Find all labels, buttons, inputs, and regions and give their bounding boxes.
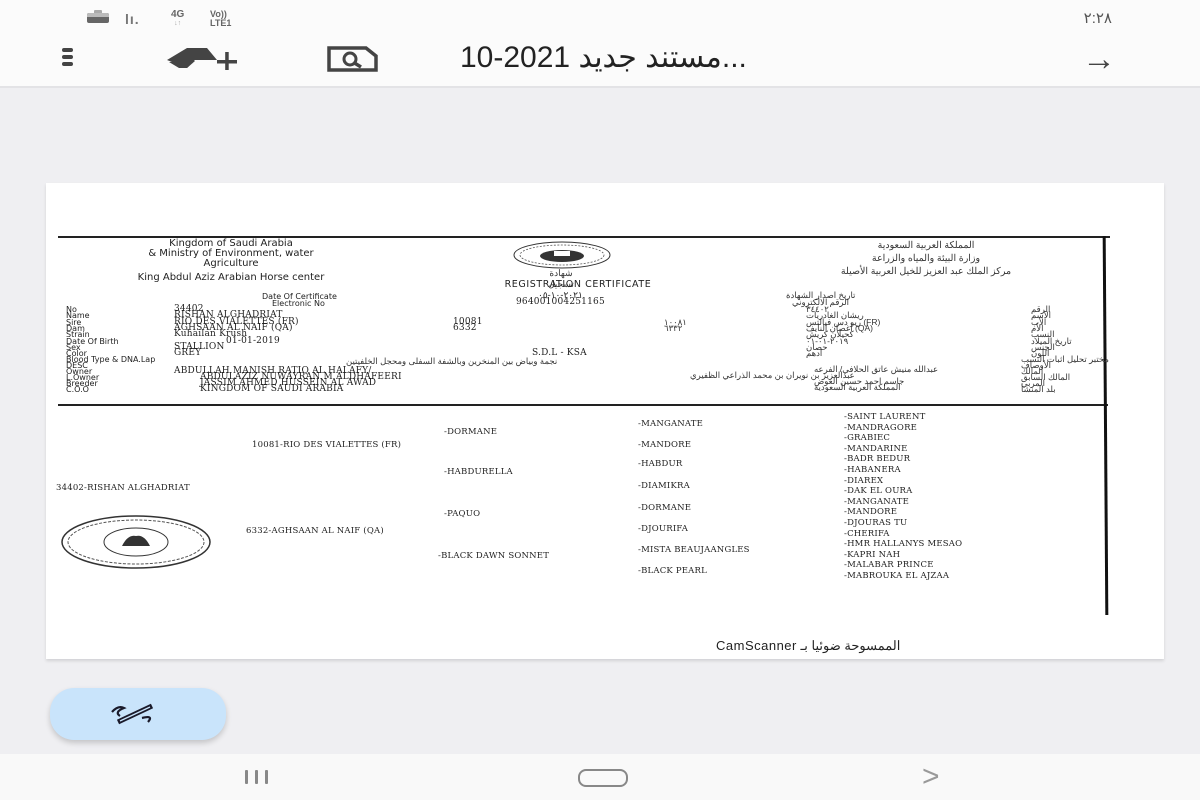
coo-label-ar: بلد المنشأ [1021, 385, 1056, 394]
data-activity-icon: ↓↑ [171, 19, 184, 28]
field-number-ar: ٦٣٣٢ [664, 324, 682, 333]
pedigree-gen3: -DORMANE [638, 503, 691, 513]
header-ar-line: وزارة البيئة والمياه والزراعة [766, 252, 1086, 265]
pedigree-gen4: -HMR HALLANYS MESAO [844, 539, 962, 549]
status-bar: lı. 4G ↓↑ Vo)) LTE1 ٢:٢٨ [0, 0, 1200, 32]
pedigree-gen4: -GRABIEC [844, 433, 890, 443]
status-time: ٢:٢٨ [1084, 9, 1112, 27]
recents-bar [255, 770, 258, 784]
header-english: Kingdom of Saudi Arabia & Ministry of En… [86, 239, 376, 283]
home-button[interactable] [578, 769, 628, 787]
field-number: 6332 [453, 324, 477, 333]
coo-label: C.O.O [66, 385, 89, 394]
pedigree-gen3: -DJOURIFA [638, 524, 688, 534]
more-options-button[interactable] [60, 48, 76, 72]
lte-label: LTE1 [210, 19, 231, 28]
more-dot [62, 55, 73, 59]
pedigree-subject: 34402-RISHAN ALGHADRIAT [56, 483, 190, 493]
field-value: 01-01-2019 [226, 337, 280, 346]
pedigree-gen2: -HABDURELLA [444, 467, 513, 477]
field-value-ar: ادهم [806, 349, 822, 358]
pedigree-gen4: -MANGANATE [844, 497, 909, 507]
pedigree-gen4: -BADR BEDUR [844, 454, 910, 464]
add-shape-button[interactable] [165, 46, 237, 75]
pedigree-gen4: -HABANERA [844, 465, 901, 475]
pedigree-gen4: -MALABAR PRINCE [844, 560, 934, 570]
coo-value: KINGDOM OF SAUDI ARABIA [200, 385, 343, 394]
electronic-no-value: 964001004251165 [516, 298, 605, 307]
sign-document-button[interactable] [50, 688, 226, 740]
pedigree-gen3: -BLACK PEARL [638, 566, 707, 576]
pedigree-gen4: -KAPRI NAH [844, 550, 900, 560]
add-shape-icon [165, 46, 237, 70]
pedigree-gen3: -MISTA BEAUJAANGLES [638, 545, 750, 555]
pedigree-gen4: -DAK EL OURA [844, 486, 913, 496]
header-ar-line: مركز الملك عبد العزيز للخيل العربية الأص… [766, 265, 1086, 278]
pedigree-gen4: -DIAREX [844, 476, 883, 486]
pedigree-dam: 6332-AGHSAAN AL NAIF (QA) [246, 526, 384, 536]
pedigree-gen3: -MANDORE [638, 440, 691, 450]
electronic-no-label: Electronic No [272, 299, 325, 308]
coo-value-ar: المملكة العربية السعودية [814, 383, 901, 392]
document-search-icon [326, 46, 378, 72]
field-value: GREY [174, 349, 201, 358]
pedigree-gen3: -DIAMIKRA [638, 481, 690, 491]
pedigree-gen4: -CHERIFA [844, 529, 890, 539]
more-dot [62, 62, 73, 66]
app-toolbar: مستند جديد 2021-10... → [0, 32, 1200, 88]
volte-indicator: Vo)) LTE1 [210, 10, 231, 28]
header-arabic: المملكة العربية السعودية وزارة البيئة وا… [766, 239, 1086, 278]
pedigree-gen4: -MANDRAGORE [844, 423, 917, 433]
back-button[interactable]: > [922, 762, 940, 792]
system-navigation-bar: > [0, 754, 1200, 800]
pedigree-gen2: -PAQUO [444, 509, 480, 519]
pedigree-gen4: -DJOURAS TU [844, 518, 907, 528]
right-border [1103, 236, 1109, 615]
pedigree-gen3: -HABDUR [638, 459, 682, 469]
pedigree-gen4: -MANDARINE [844, 444, 908, 454]
recents-bar [265, 770, 268, 784]
pedigree-gen2: -DORMANE [444, 427, 497, 437]
document-search-button[interactable] [326, 46, 378, 77]
middle-rule [58, 404, 1108, 406]
header-en-line: Agriculture [86, 259, 376, 269]
pedigree-gen4: -SAINT LAURENT [844, 412, 925, 422]
recents-button[interactable] [245, 770, 275, 789]
official-seal-icon [60, 514, 212, 575]
header-en-line: King Abdul Aziz Arabian Horse center [86, 273, 376, 283]
pedigree-gen4: -MABROUKA EL AJZAA [844, 571, 949, 581]
network-type-indicator: 4G ↓↑ [171, 10, 184, 28]
battery-icon [87, 13, 109, 23]
title-english: REGISTRATION CERTIFICATE [470, 279, 686, 290]
desc-value-ar: نجمة وبياض بين المنخرين وبالشفة السفلى و… [346, 357, 557, 366]
signal-strength-icon: lı. [125, 11, 140, 27]
document-title[interactable]: مستند جديد 2021-10... [460, 40, 1020, 75]
header-ar-line: المملكة العربية السعودية [766, 239, 1086, 252]
pedigree-sire: 10081-RIO DES VIALETTES (FR) [252, 440, 401, 450]
scanned-document-page[interactable]: Kingdom of Saudi Arabia & Ministry of En… [46, 183, 1164, 659]
camscanner-watermark: الممسوحة ضوئيا بـ CamScanner [716, 638, 900, 654]
signature-pen-icon [108, 702, 168, 726]
recents-icon [245, 770, 248, 784]
pedigree-gen2: -BLACK DAWN SONNET [438, 551, 549, 561]
pedigree-gen3: -MANGANATE [638, 419, 703, 429]
pedigree-gen4: -MANDORE [844, 507, 897, 517]
more-vertical-icon [62, 48, 73, 52]
forward-arrow-icon[interactable]: → [1082, 44, 1116, 74]
